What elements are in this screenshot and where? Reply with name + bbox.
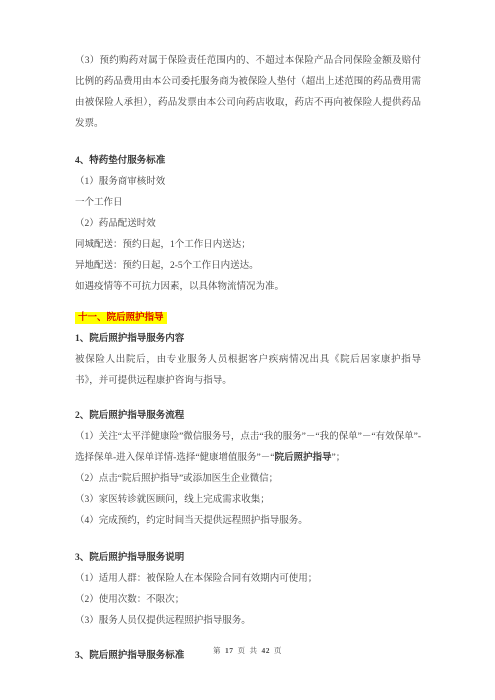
page-content: （3）预约购药对属于保险责任范围内的、不超过本保险产品合同保险金额及赔付比例的药… [75, 51, 421, 667]
footer-page-number: 17 [225, 646, 234, 655]
heading-care-guidance-notes: 3、院后照护指导服务说明 [75, 548, 421, 569]
heading-care-guidance-content: 1、院后照护指导服务内容 [75, 329, 421, 350]
line-usage-count: （2）使用次数：不限次； [75, 590, 421, 611]
line-remote-delivery: 异地配送：预约日起，2-5个工作日内送达。 [75, 256, 421, 277]
footer-label-ye-2: 页 [274, 646, 282, 655]
line-same-city-delivery: 同城配送：预约日起，1个工作日内送达； [75, 235, 421, 256]
footer-label-di: 第 [213, 646, 221, 655]
para-process-step-1: （1）关注“太平洋健康险”微信服务号，点击“我的服务”－“我的保单”－“有效保单… [75, 427, 421, 469]
line-force-majeure-note: 如遇疫情等不可抗力因素，以具体物流情况为准。 [75, 277, 421, 298]
process-step-1-bold: 院后照护指导 [274, 453, 331, 463]
process-step-1-pre: （1）关注“太平洋健康险”微信服务号，点击“我的服务”－“我的保单”－“有效保单… [75, 432, 421, 463]
footer-label-ye: 页 [238, 646, 246, 655]
heading-special-drug-advance-standard: 4、特药垫付服务标准 [75, 151, 421, 172]
highlighted-heading-text: 十一、院后照护指导 [75, 312, 167, 324]
page-footer: 第17页共42页 [0, 645, 495, 656]
para-care-guidance-description: 被保险人出院后，由专业服务人员根据客户疾病情况出具《院后居家康护指导书》，并可提… [75, 350, 421, 392]
para-drug-advance-clause-3: （3）预约购药对属于保险责任范围内的、不超过本保险产品合同保险金额及赔付比例的药… [75, 51, 421, 135]
process-step-1-post: ”； [332, 453, 346, 463]
line-one-workday: 一个工作日 [75, 193, 421, 214]
line-process-step-4: （4）完成预约，约定时间当天提供远程照护指导服务。 [75, 511, 421, 532]
line-drug-delivery-time-label: （2）药品配送时效 [75, 214, 421, 235]
document-page: （3）预约购药对属于保险责任范围内的、不超过本保险产品合同保险金额及赔付比例的药… [0, 0, 495, 700]
section-heading-post-hospital-care: 十一、院后照护指导 [75, 308, 421, 329]
heading-care-guidance-process: 2、院后照护指导服务流程 [75, 406, 421, 427]
line-remote-only-note: （3）服务人员仅提供远程照护指导服务。 [75, 611, 421, 632]
footer-label-gong: 共 [250, 646, 258, 655]
line-process-step-2: （2）点击“院后照护指导”或添加医生企业微信； [75, 469, 421, 490]
footer-total-pages: 42 [262, 646, 271, 655]
line-service-review-time-label: （1）服务商审核时效 [75, 172, 421, 193]
line-applicable-users: （1）适用人群：被保险人在本保险合同有效期内可使用； [75, 569, 421, 590]
line-process-step-3: （3）家医转诊就医顾问，线上完成需求收集； [75, 490, 421, 511]
